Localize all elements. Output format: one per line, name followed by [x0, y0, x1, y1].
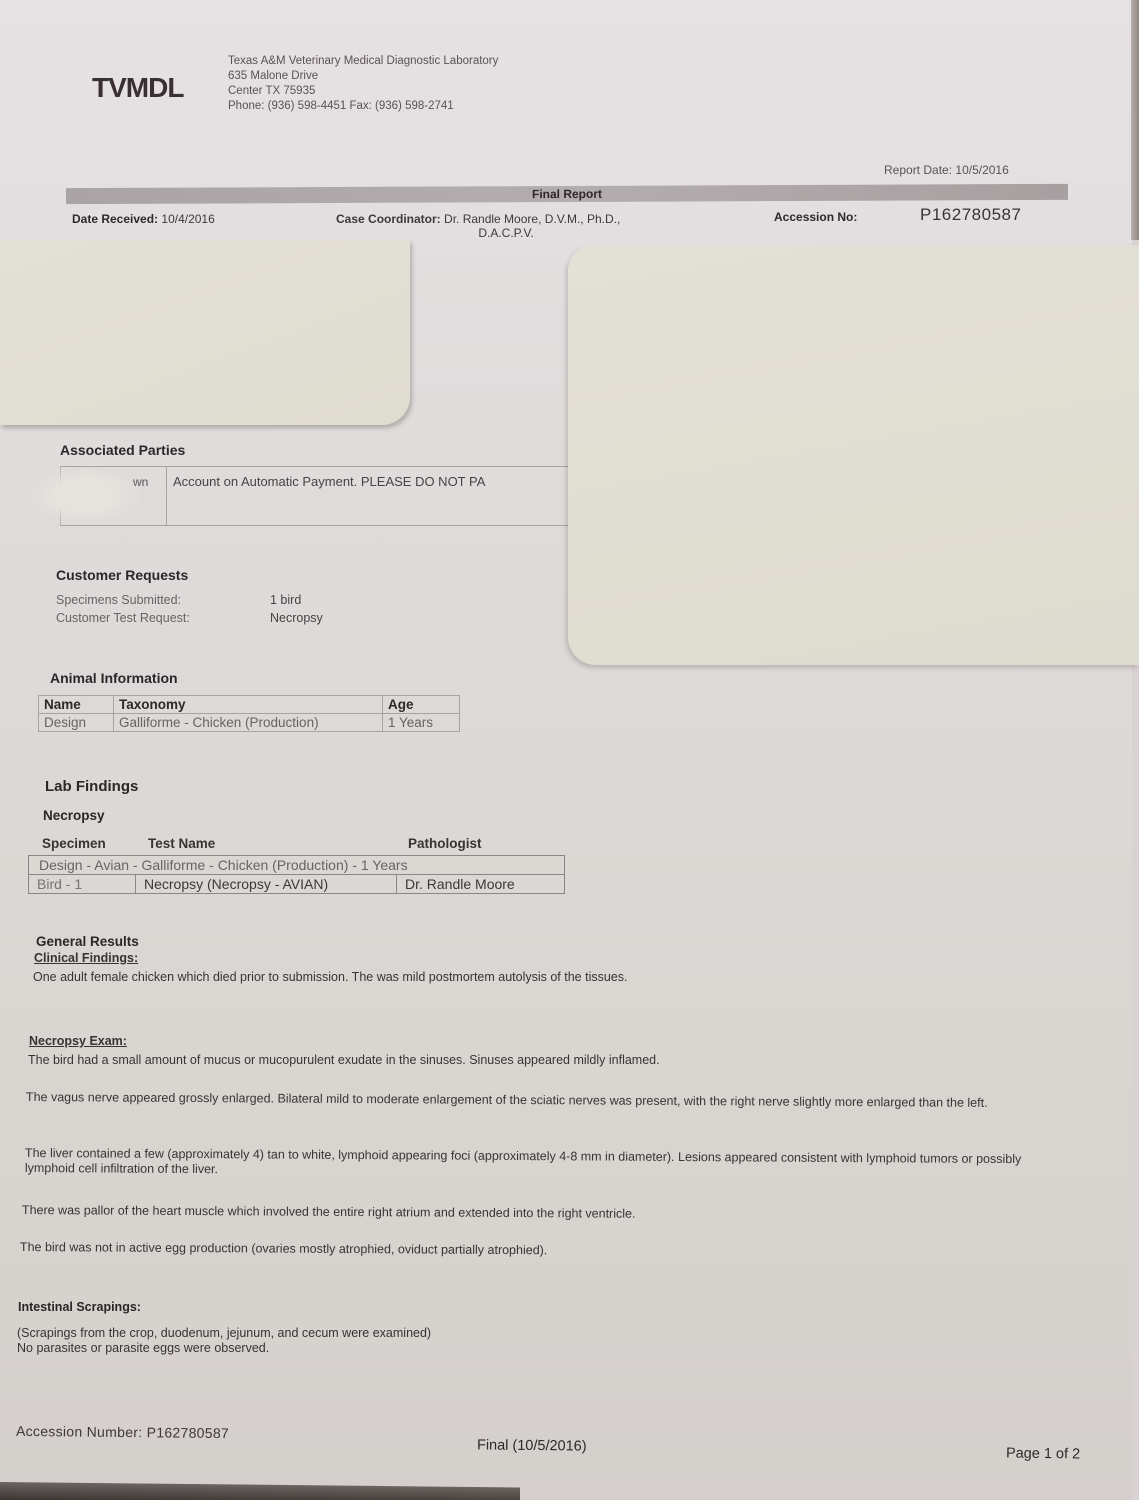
intestinal-line: No parasites or parasite eggs were obser…	[17, 1341, 717, 1356]
report-date: Report Date: 10/5/2016	[884, 163, 1009, 177]
case-coordinator: Case Coordinator: Dr. Randle Moore, D.V.…	[336, 212, 736, 240]
table-divider	[166, 467, 167, 525]
specimen-group-row: Design - Avian - Galliforme - Chicken (P…	[29, 856, 564, 875]
party-note: Account on Automatic Payment. PLEASE DO …	[173, 474, 485, 489]
customer-requests-list: Specimens Submitted: 1 bird Customer Tes…	[56, 593, 323, 629]
case-coordinator-credential: D.A.C.P.V.	[356, 226, 656, 240]
column-header: Age	[383, 696, 460, 714]
necropsy-paragraph: The bird had a small amount of mucus or …	[28, 1053, 928, 1068]
date-received: Date Received: 10/4/2016	[72, 212, 215, 226]
necropsy-subheading: Necropsy	[43, 808, 105, 823]
report-date-label: Report Date:	[884, 163, 952, 177]
table-row: Design Galliforme - Chicken (Production)…	[39, 714, 460, 732]
table-cell: Dr. Randle Moore	[397, 875, 555, 893]
case-coordinator-label: Case Coordinator:	[336, 212, 441, 226]
date-received-value: 10/4/2016	[161, 212, 214, 226]
animal-information-heading: Animal Information	[50, 670, 178, 686]
table-cell: Bird - 1	[29, 875, 136, 893]
lab-findings-table: Design - Avian - Galliforme - Chicken (P…	[28, 855, 565, 894]
redaction-smudge	[30, 468, 140, 523]
customer-requests-heading: Customer Requests	[56, 567, 188, 583]
column-header: Test Name	[148, 836, 215, 851]
column-header: Name	[39, 696, 114, 714]
redaction-sticky-note	[0, 240, 410, 425]
lab-name: Texas A&M Veterinary Medical Diagnostic …	[228, 54, 498, 69]
page-edge-shadow	[1131, 0, 1139, 240]
tvmdl-logo: TVMDL	[92, 72, 183, 104]
footer-accession: Accession Number: P162780587	[16, 1423, 229, 1441]
request-value: 1 bird	[270, 593, 301, 611]
request-value: Necropsy	[270, 611, 323, 629]
report-date-value: 10/5/2016	[955, 163, 1008, 177]
table-header-row: Name Taxonomy Age	[39, 696, 460, 714]
intestinal-scrapings-text: (Scrapings from the crop, duodenum, jeju…	[17, 1326, 717, 1356]
necropsy-exam-label: Necropsy Exam:	[29, 1034, 127, 1048]
request-label: Customer Test Request:	[56, 611, 270, 629]
request-label: Specimens Submitted:	[56, 593, 270, 611]
lab-phone: Phone: (936) 598-4451 Fax: (936) 598-274…	[228, 99, 498, 114]
clinical-findings-text: One adult female chicken which died prio…	[33, 970, 833, 985]
table-cell: Design	[39, 714, 114, 732]
date-received-label: Date Received:	[72, 212, 158, 226]
lab-findings-heading: Lab Findings	[45, 778, 138, 795]
table-row: Bird - 1 Necropsy (Necropsy - AVIAN) Dr.…	[29, 875, 564, 893]
redaction-sticky-note	[568, 245, 1139, 665]
intestinal-scrapings-label: Intestinal Scrapings:	[18, 1300, 141, 1314]
table-cell: Necropsy (Necropsy - AVIAN)	[136, 875, 397, 893]
case-coordinator-value: Dr. Randle Moore, D.V.M., Ph.D.,	[444, 212, 620, 226]
list-item: Customer Test Request: Necropsy	[56, 611, 323, 629]
column-header: Specimen	[42, 836, 106, 851]
associated-parties-heading: Associated Parties	[60, 442, 185, 458]
column-header: Pathologist	[408, 836, 482, 851]
list-item: Specimens Submitted: 1 bird	[56, 593, 323, 611]
accession-label: Accession No:	[774, 210, 857, 224]
intestinal-line: (Scrapings from the crop, duodenum, jeju…	[17, 1326, 717, 1341]
accession-number: P162780587	[920, 205, 1021, 225]
general-results-heading: General Results	[36, 934, 139, 949]
lab-city: Center TX 75935	[228, 84, 498, 99]
page-number: Page 1 of 2	[1006, 1445, 1080, 1462]
animal-information-table: Name Taxonomy Age Design Galliforme - Ch…	[38, 695, 460, 732]
clinical-findings-label: Clinical Findings:	[34, 951, 138, 965]
column-header: Taxonomy	[114, 696, 383, 714]
lab-address: 635 Malone Drive	[228, 69, 498, 84]
necropsy-paragraph: The liver contained a few (approximately…	[25, 1146, 1065, 1182]
lab-address-block: Texas A&M Veterinary Medical Diagnostic …	[228, 54, 498, 114]
table-cell: 1 Years	[383, 714, 460, 732]
footer-status: Final (10/5/2016)	[477, 1437, 587, 1454]
table-cell: Galliforme - Chicken (Production)	[114, 714, 383, 732]
